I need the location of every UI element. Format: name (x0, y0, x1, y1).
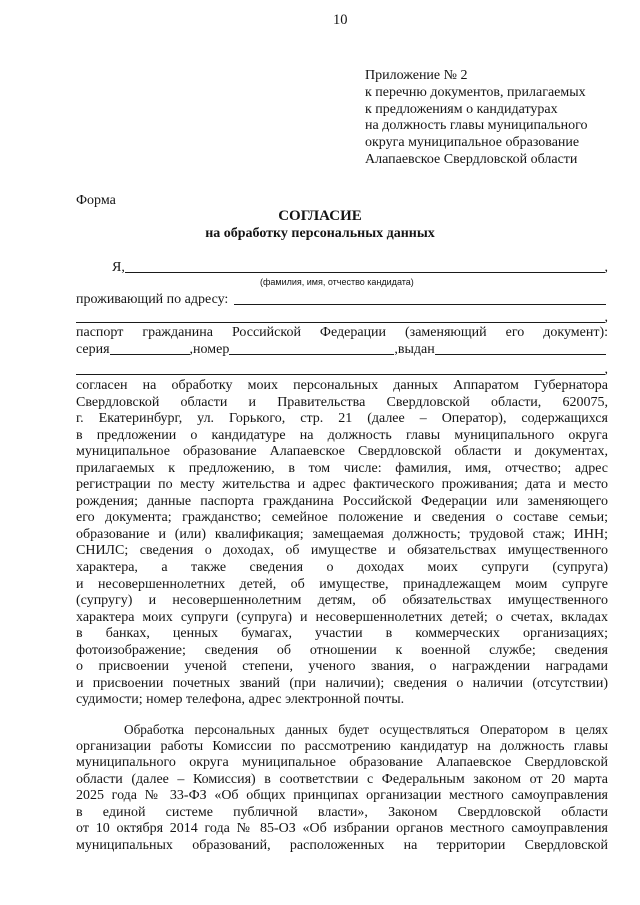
name-caption: (фамилия, имя, отчество кандидата) (260, 277, 414, 287)
appendix-line: к перечню документов, прилагаемых (365, 85, 588, 102)
text-line: в банках, ценных бумагах, участии в комм… (76, 626, 608, 643)
series-blank-line[interactable] (110, 354, 190, 355)
document-subtitle: на обработку персональных данных (0, 226, 640, 242)
address-blank-line-2[interactable] (76, 321, 605, 323)
text-line: муниципального округа муниципальное обра… (76, 755, 608, 772)
issued-label: ,выдан (394, 342, 434, 358)
address-blank-line[interactable] (234, 303, 606, 305)
text-line: СНИЛС; сведения о доходах, об имуществе … (76, 543, 608, 560)
i-label: Я, (112, 260, 125, 276)
text-line: Обработка персональных данных будет осущ… (76, 722, 608, 739)
text-line: и присвоении почетных званий (при наличи… (76, 676, 608, 693)
text-line: в предложении о кандидатуре на должность… (76, 428, 608, 445)
page-number: 10 (333, 12, 348, 29)
appendix-header: Приложение № 2 к перечню документов, при… (365, 68, 588, 169)
issued-blank-line[interactable] (435, 353, 606, 355)
text-line: в единой системе публичной власти», Зако… (76, 805, 608, 822)
appendix-line: к предложениям о кандидатурах (365, 102, 588, 119)
appendix-line: Приложение № 2 (365, 68, 588, 85)
address-label: проживающий по адресу: (76, 292, 228, 308)
text-line: муниципальных образований, расположенных… (76, 838, 608, 855)
text-line: образование и (или) квалификация; замеща… (76, 527, 608, 544)
text-line: организации работы Комиссии по рассмотре… (76, 739, 608, 756)
text-line: области (далее – Комиссия) в соответстви… (76, 772, 608, 789)
text-line: прилагаемых к предложению, в том числе: … (76, 461, 608, 478)
text-line: согласен на обработку моих персональных … (76, 378, 608, 395)
processing-paragraph: Обработка персональных данных будет осущ… (76, 722, 608, 854)
trailing-comma: , (605, 310, 609, 326)
number-label: ,номер (190, 342, 230, 358)
issued-field-row-2: , (76, 360, 608, 378)
name-field-row: Я, , (112, 258, 608, 276)
text-line: его документа; гражданство; семейное пол… (76, 510, 608, 527)
consent-paragraph: согласен на обработку моих персональных … (76, 378, 608, 709)
text-line: фотоизображение; сведения об отношении к… (76, 643, 608, 660)
text-line: характера моих супруги (супруга) и несов… (76, 610, 608, 627)
text-line: характера, а также сведения о доходах мо… (76, 560, 608, 577)
text-line: от 10 октября 2014 года № 85-ОЗ «Об избр… (76, 821, 608, 838)
issued-blank-line-2[interactable] (76, 373, 605, 375)
text-line: (супругу) и несовершеннолетним детям, об… (76, 593, 608, 610)
form-label: Форма (76, 193, 116, 209)
document-title: СОГЛАСИЕ (0, 208, 640, 225)
appendix-line: Алапаевское Свердловской области (365, 152, 588, 169)
trailing-comma: , (605, 362, 609, 378)
number-blank-line[interactable] (229, 354, 394, 355)
name-blank-line[interactable] (125, 271, 605, 273)
trailing-comma: , (605, 260, 609, 276)
text-line: судимости; номер телефона, адрес электро… (76, 692, 608, 709)
text-line: Свердловской области и Правительства Све… (76, 395, 608, 412)
appendix-line: округа муниципальное образование (365, 135, 588, 152)
text-line: и несовершеннолетних детей, об имуществе… (76, 577, 608, 594)
passport-details-row: серия ,номер ,выдан (76, 340, 606, 358)
text-line: г. Екатеринбург, ул. Горького, стр. 21 (… (76, 411, 608, 428)
text-line: 2025 года № 33-ФЗ «Об общих принципах ор… (76, 788, 608, 805)
appendix-line: на должность главы муниципального (365, 118, 588, 135)
text-line: муниципальное образование Алапаевское Св… (76, 444, 608, 461)
address-field-row: проживающий по адресу: (76, 290, 606, 308)
text-line: регистрации по месту жительства и адрес … (76, 477, 608, 494)
text-line: рождения; данные паспорта гражданина Рос… (76, 494, 608, 511)
series-label: серия (76, 342, 110, 358)
text-line: о присвоении ученой степени, ученого зва… (76, 659, 608, 676)
address-field-row-2: , (76, 308, 608, 326)
